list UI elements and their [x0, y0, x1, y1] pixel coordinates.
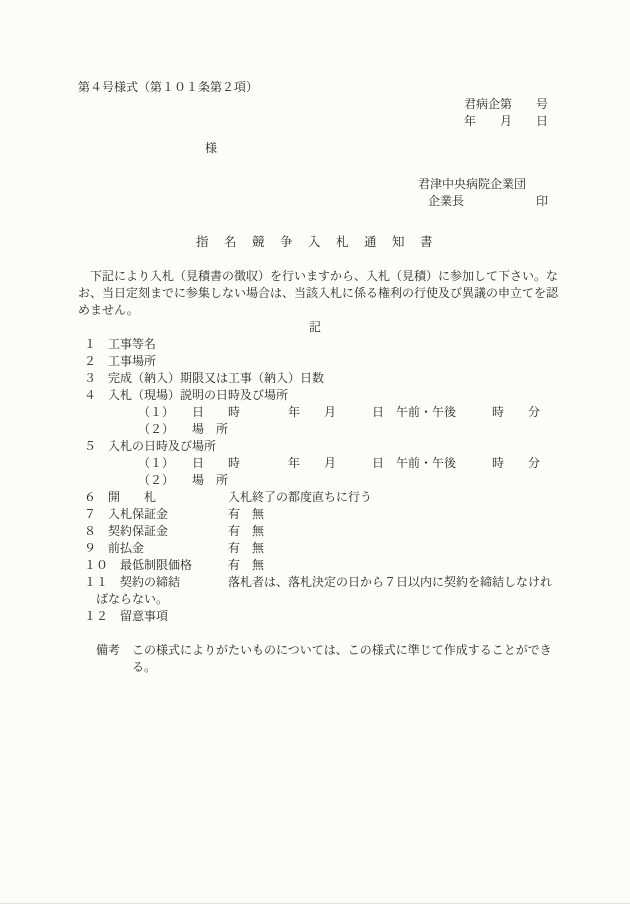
document-page: 第４号様式（第１０１条第２項） 君病企第 号 年 月 日 様 君津中央病院企業団… — [0, 0, 630, 904]
item-6-bid-opening: ６ 開 札 入札終了の都度直ちに行う — [0, 489, 630, 506]
item-9-advance-payment: ９ 前払金 有 無 — [0, 540, 630, 557]
remarks-line-1: 備考 この様式によりがたいものについては、この様式に準じて作成することができ — [0, 642, 630, 659]
item-4-briefing-datetime: ４ 入札（現場）説明の日時及び場所 — [0, 387, 630, 404]
notice-document: 第４号様式（第１０１条第２項） 君病企第 号 年 月 日 様 君津中央病院企業団… — [0, 0, 630, 676]
addressee-line: 様 — [0, 140, 630, 157]
item-11-continuation: ばならない。 — [0, 591, 630, 608]
doc-number-line: 君病企第 号 — [0, 96, 630, 113]
item-5-sub-2-place: （２） 場 所 — [0, 472, 630, 489]
intro-line-3: めません。 — [0, 302, 630, 319]
item-3-completion-deadline: ３ 完成（納入）期限又は工事（納入）日数 — [0, 370, 630, 387]
record-marker: 記 — [0, 319, 630, 336]
item-10-minimum-price: １０ 最低制限価格 有 無 — [0, 557, 630, 574]
item-8-contract-deposit: ８ 契約保証金 有 無 — [0, 523, 630, 540]
item-4-sub-2-place: （２） 場 所 — [0, 421, 630, 438]
form-number: 第４号様式（第１０１条第２項） — [0, 79, 630, 96]
item-5-sub-1-datetime: （１） 日 時 年 月 日 午前・午後 時 分 — [0, 455, 630, 472]
item-1-construction-name: １ 工事等名 — [0, 336, 630, 353]
signer-line: 企業長 印 — [0, 193, 630, 210]
item-11-contract-conclusion: １１ 契約の締結 落札者は、落札決定の日から７日以内に契約を締結しなけれ — [0, 574, 630, 591]
intro-line-2: お、当日定刻までに参集しない場合は、当該入札に係る権利の行使及び異議の申立てを認 — [0, 285, 630, 302]
intro-line-1: 下記により入札（見積書の徴収）を行いますから、入札（見積）に参加して下さい。な — [0, 268, 630, 285]
item-5-bid-datetime: ５ 入札の日時及び場所 — [0, 438, 630, 455]
org-name-line: 君津中央病院企業団 — [0, 176, 630, 193]
item-7-bid-deposit: ７ 入札保証金 有 無 — [0, 506, 630, 523]
date-line: 年 月 日 — [0, 113, 630, 130]
item-12-notes: １２ 留意事項 — [0, 608, 630, 625]
document-title: 指 名 競 争 入 札 通 知 書 — [0, 234, 630, 251]
remarks-line-2: る。 — [0, 659, 630, 676]
item-4-sub-1-datetime: （１） 日 時 年 月 日 午前・午後 時 分 — [0, 404, 630, 421]
item-2-construction-place: ２ 工事場所 — [0, 353, 630, 370]
